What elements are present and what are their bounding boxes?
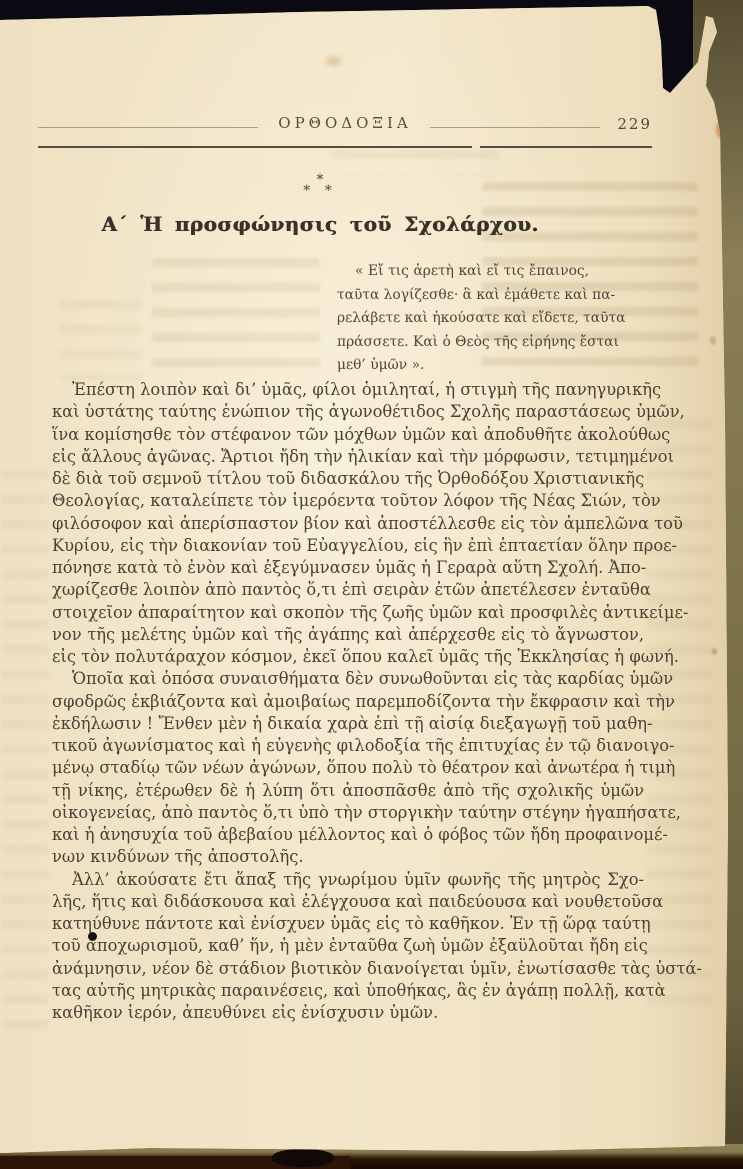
text-line: Ὁποῖα καὶ ὁπόσα συναισθήματα δὲν συνωθοῦ… (52, 668, 644, 690)
text-line: τῇ νίκης, ἑτέρωθεν δὲ ἡ λύπη ὅτι ἀποσπᾶσ… (52, 780, 644, 802)
text-line: Ἐπέστη λοιπὸν καὶ δι’ ὑμᾶς, φίλοι ὁμιλητ… (52, 379, 644, 401)
text-line: καὶ ὑστάτης ταύτης ἐνώπιον τῆς ἀγωνοθέτι… (52, 401, 644, 423)
header-rule-right (430, 127, 600, 128)
show-through-ghost-text (646, 420, 712, 1020)
section-title: Α´ Ἡ προσφώνησις τοῦ Σχολάρχου. (80, 212, 560, 236)
ink-blot (88, 932, 97, 941)
asterism-bottom: * * (296, 186, 344, 197)
journal-title: ΟΡΘΟΔΟΞΙΑ (278, 114, 411, 132)
text-line: δὲ διὰ τοῦ σεμνοῦ τίτλου τοῦ διδασκάλου … (52, 468, 644, 490)
text-line: τικοῦ ἀγωνίσματος καὶ ἡ εὐγενὴς φιλοδοξί… (52, 735, 644, 757)
asterism-ornament: * * * (296, 175, 344, 197)
text-line: στοιχεῖον ἀπαραίτητον καὶ σκοπὸν τῆς ζωῆ… (52, 602, 644, 624)
text-line: νων κινδύνων τῆς ἀποστολῆς. (52, 846, 644, 868)
epigraph-line: πράσσετε. Καὶ ὁ Θεὸς τῆς εἰρήνης ἔσται (337, 331, 589, 355)
book-page: ΟΡΘΟΔΟΞΙΑ 229 * * * Α´ Ἡ προσφώνησις τοῦ… (0, 0, 730, 1160)
paper-stain (712, 648, 717, 655)
text-line: εἰς ἄλλους ἀγῶνας. Ἄρτιοι ἤδη τὴν ἡλικία… (52, 446, 644, 468)
epigraph: « Εἴ τις ἀρετὴ καὶ εἴ τις ἔπαινος,ταῦτα … (337, 260, 589, 378)
text-line: χωρίζεσθε λοιπὸν ἀπὸ παντὸς ὅ,τι ἐπὶ σει… (52, 579, 644, 601)
text-line: οἰκογενείας, ἀπὸ παντὸς ὅ,τι ὑπὸ τὴν στο… (52, 802, 644, 824)
divider-rule-left (38, 146, 472, 148)
paper-stain (326, 56, 341, 66)
paragraph: Ὁποῖα καὶ ὁπόσα συναισθήματα δὲν συνωθοῦ… (52, 668, 644, 868)
paragraph: Ἀλλ’ ἀκούσατε ἔτι ἅπαξ τῆς γνωρίμου ὑμῖν… (52, 869, 644, 1025)
text-line: τας αὐτῆς μητρικὰς παραινέσεις, καὶ ὑποθ… (52, 980, 644, 1002)
text-line: εἰς τὸν πολυτάραχον κόσμον, ἐκεῖ ὅπου κα… (52, 646, 644, 668)
text-line: ἐκδήλωσιν ! Ἔνθεν μὲν ἡ δικαία χαρὰ ἐπὶ … (52, 713, 644, 735)
text-line: κατηύθυνε πάντοτε καὶ ἐνίσχυεν ὑμᾶς εἰς … (52, 913, 644, 935)
text-line: καθῆκον ἱερόν, ἀπευθύνει εἰς ἐνίσχυσιν ὑ… (52, 1002, 644, 1024)
divider-rule-right (480, 146, 652, 148)
epigraph-line: ρελάβετε καὶ ἠκούσατε καὶ εἴδετε, ταῦτα (337, 307, 589, 331)
paper-stain (710, 336, 716, 345)
header-rule-left (38, 127, 258, 128)
text-line: σφοδρῶς ἐκβιάζοντα καὶ ἀμοιβαίως παρεμπο… (52, 691, 644, 713)
text-line: νον τῆς μελέτης ὑμῶν καὶ τῆς ἀγάπης καὶ … (52, 624, 644, 646)
text-line: Θεολογίας, καταλείπετε τὸν ἱμερόεντα τοῦ… (52, 490, 644, 512)
text-line: πόνησε κατὰ τὸ ἐνὸν καὶ ἐξεγύμνασεν ὑμᾶς… (52, 557, 644, 579)
text-line: Κυρίου, εἰς τὴν διακονίαν τοῦ Εὐαγγελίου… (52, 535, 644, 557)
text-line: καὶ ἡ ἀνησυχία τοῦ ἀβεβαίου μέλλοντος κα… (52, 824, 644, 846)
epigraph-line: « Εἴ τις ἀρετὴ καὶ εἴ τις ἔπαινος, (337, 260, 589, 284)
epigraph-line: ταῦτα λογίζεσθε· ἃ καὶ ἐμάθετε καὶ πα- (337, 284, 589, 308)
paragraph: Ἐπέστη λοιπὸν καὶ δι’ ὑμᾶς, φίλοι ὁμιλητ… (52, 379, 644, 668)
text-line: φιλόσοφον καὶ ἀπερίσπαστον βίον καὶ ἀποσ… (52, 513, 644, 535)
show-through-ghost-text (330, 150, 500, 176)
text-line: μένῳ σταδίῳ τῶν νέων ἀγώνων, ὅπου πολὺ τ… (52, 757, 644, 779)
show-through-ghost-text (152, 258, 320, 380)
text-line: τοῦ ἀποχωρισμοῦ, καθ’ ἥν, ἡ μὲν ἐνταῦθα … (52, 935, 644, 957)
scanned-book-photo: ΟΡΘΟΔΟΞΙΑ 229 * * * Α´ Ἡ προσφώνησις τοῦ… (0, 0, 743, 1169)
book-cover-shadow-blob (272, 1149, 334, 1167)
body-text: Ἐπέστη λοιπὸν καὶ δι’ ὑμᾶς, φίλοι ὁμιλητ… (52, 379, 644, 1024)
text-line: Ἀλλ’ ἀκούσατε ἔτι ἅπαξ τῆς γνωρίμου ὑμῖν… (52, 869, 644, 891)
show-through-ghost-text (2, 470, 48, 1042)
show-through-ghost-text (60, 300, 142, 380)
epigraph-line: μεθ’ ὑμῶν ». (337, 354, 589, 378)
text-line: ἀνάμνησιν, νέον δὲ στάδιον βιοτικὸν διαν… (52, 958, 644, 980)
text-line: ἵνα κομίσησθε τὸν στέφανον τῶν μόχθων ὑμ… (52, 424, 644, 446)
running-head: ΟΡΘΟΔΟΞΙΑ 229 (38, 114, 652, 140)
text-line: λῆς, ἥτις καὶ διδάσκουσα καὶ ἐλέγχουσα κ… (52, 891, 644, 913)
page-number: 229 (617, 115, 652, 133)
